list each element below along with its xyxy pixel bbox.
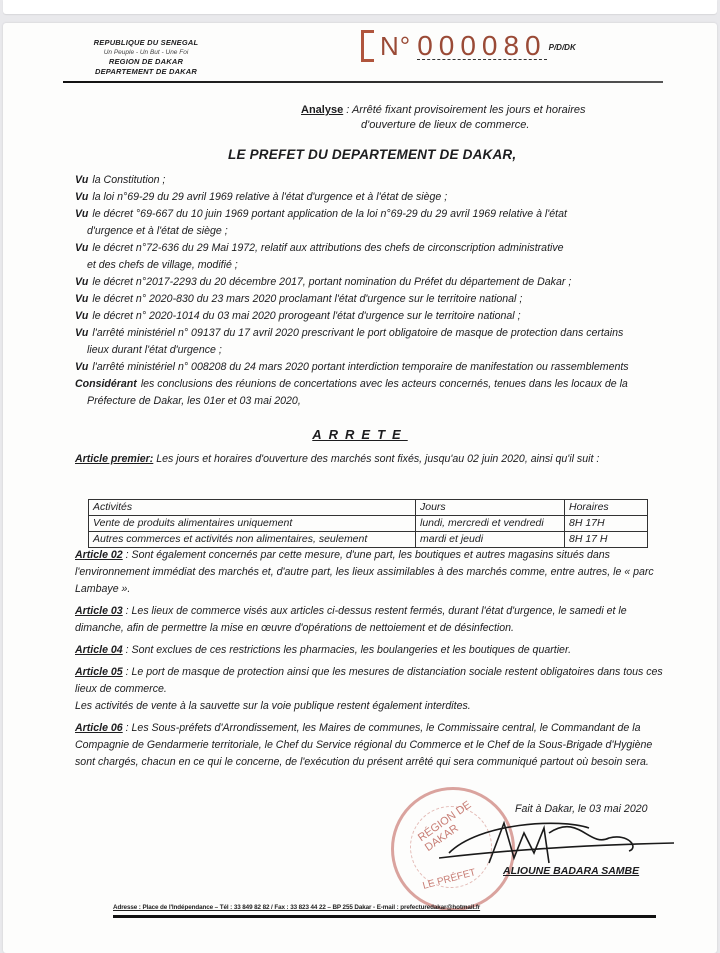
visa-key: Vu xyxy=(75,174,88,186)
table-row: Autres commerces et activités non alimen… xyxy=(89,532,648,548)
visa-item: Vule décret n° 2020-1014 du 03 mai 2020 … xyxy=(75,308,665,325)
article-text: : Sont exclues de ces restrictions les p… xyxy=(123,644,571,656)
visa-item: Vule décret n°2017-2293 du 20 décembre 2… xyxy=(75,274,665,291)
table-header-row: ActivitésJoursHoraires xyxy=(89,500,648,516)
article-05: Article 05 : Le port de masque de protec… xyxy=(75,664,665,715)
table-cell: Horaires xyxy=(565,500,648,516)
visa-key: Vu xyxy=(75,293,88,305)
article-label: Article 02 xyxy=(75,549,123,561)
article-premier-label: Article premier: xyxy=(75,453,153,465)
article-02: Article 02 : Sont également concernés pa… xyxy=(75,547,665,598)
visa-text: le décret n°2017-2293 du 20 décembre 201… xyxy=(92,276,571,288)
visa-text: l'arrêté ministériel n° 008208 du 24 mar… xyxy=(92,361,628,373)
table-cell: Jours xyxy=(416,500,565,516)
visa-item: Vul'arrêté ministériel n° 008208 du 24 m… xyxy=(75,359,665,376)
article-label: Article 04 xyxy=(75,644,123,656)
document-title: LE PREFET DU DEPARTEMENT DE DAKAR, xyxy=(228,147,516,162)
articles-list: Article 02 : Sont également concernés pa… xyxy=(75,547,665,776)
visa-text: la Constitution ; xyxy=(92,174,165,186)
number-suffix: P/D/DK xyxy=(549,43,576,52)
visa-key: Considérant xyxy=(75,378,137,390)
letterhead: REPUBLIQUE DU SENEGAL Un Peuple - Un But… xyxy=(61,38,231,76)
footer-address: Adresse : Place de l'Indépendance – Tél … xyxy=(113,904,480,911)
article-label: Article 06 xyxy=(75,722,123,734)
article-extra: Les activités de vente à la sauvette sur… xyxy=(75,698,665,715)
article-03: Article 03 : Les lieux de commerce visés… xyxy=(75,603,665,637)
visa-item: Vule décret n° 2020-830 du 23 mars 2020 … xyxy=(75,291,665,308)
visa-key: Vu xyxy=(75,276,88,288)
country-name: REPUBLIQUE DU SENEGAL xyxy=(61,38,231,48)
table-row: Vente de produits alimentaires uniquemen… xyxy=(89,516,648,532)
article-label: Article 03 xyxy=(75,605,123,617)
previous-page-edge xyxy=(3,0,717,14)
visa-text: le décret n°72-636 du 29 Mai 1972, relat… xyxy=(92,242,563,254)
table-cell: 8H 17H xyxy=(565,516,648,532)
signature-icon xyxy=(439,813,679,873)
visa-item: Vule décret n°72-636 du 29 Mai 1972, rel… xyxy=(75,240,665,274)
visa-item: Vula Constitution ; xyxy=(75,172,665,189)
header-rule xyxy=(63,81,663,83)
analyse-line-1: : Arrêté fixant provisoirement les jours… xyxy=(346,104,585,116)
article-text: : Le port de masque de protection ainsi … xyxy=(75,666,663,695)
department-name: DEPARTEMENT DE DAKAR xyxy=(61,67,231,77)
visa-text: les conclusions des réunions de concerta… xyxy=(141,378,628,390)
visa-key: Vu xyxy=(75,242,88,254)
document-page: REPUBLIQUE DU SENEGAL Un Peuple - Un But… xyxy=(3,23,717,953)
visa-item: Vula loi n°69-29 du 29 avril 1969 relati… xyxy=(75,189,665,206)
visa-item: Vul'arrêté ministériel n° 09137 du 17 av… xyxy=(75,325,665,359)
article-text: : Sont également concernés par cette mes… xyxy=(75,549,654,595)
visa-text: le décret °69-667 du 10 juin 1969 portan… xyxy=(92,208,567,220)
document-number: N° 000080 P/D/DK xyxy=(361,28,576,64)
article-premier-text: Les jours et horaires d'ouverture des ma… xyxy=(156,453,599,465)
visa-continuation: et des chefs de village, modifié ; xyxy=(75,257,665,274)
visa-text: le décret n° 2020-1014 du 03 mai 2020 pr… xyxy=(92,310,520,322)
number-prefix: N° xyxy=(380,31,411,62)
visa-key: Vu xyxy=(75,310,88,322)
stamp-bracket-icon xyxy=(361,30,374,62)
article-label: Article 05 xyxy=(75,666,123,678)
national-motto: Un Peuple - Un But - Une Foi xyxy=(61,48,231,58)
footer-rule xyxy=(113,915,656,918)
visa-continuation: lieux durant l'état d'urgence ; xyxy=(75,342,665,359)
visa-text: la loi n°69-29 du 29 avril 1969 relative… xyxy=(92,191,447,203)
visa-key: Vu xyxy=(75,327,88,339)
article-premier: Article premier: Les jours et horaires d… xyxy=(75,451,675,468)
visa-item: Vule décret °69-667 du 10 juin 1969 port… xyxy=(75,206,665,240)
table-cell: mardi et jeudi xyxy=(416,532,565,548)
visa-key: Vu xyxy=(75,191,88,203)
visas-list: Vula Constitution ;Vula loi n°69-29 du 2… xyxy=(75,172,665,410)
arrete-heading: ARRETE xyxy=(3,427,717,442)
table-cell: Activités xyxy=(89,500,416,516)
article-text: : Les Sous-préfets d'Arrondissement, les… xyxy=(75,722,652,768)
visa-key: Vu xyxy=(75,361,88,373)
article-04: Article 04 : Sont exclues de ces restric… xyxy=(75,642,665,659)
signatory-name: ALIOUNE BADARA SAMBE xyxy=(503,865,639,877)
table-cell: Autres commerces et activités non alimen… xyxy=(89,532,416,548)
analyse-line-2: d'ouverture de lieux de commerce. xyxy=(301,118,586,133)
visa-item: Considérantles conclusions des réunions … xyxy=(75,376,665,410)
schedule-table: ActivitésJoursHorairesVente de produits … xyxy=(88,499,648,548)
number-value: 000080 xyxy=(417,33,546,60)
analyse-label: Analyse xyxy=(301,104,343,116)
visa-text: l'arrêté ministériel n° 09137 du 17 avri… xyxy=(92,327,623,339)
visa-continuation: Préfecture de Dakar, les 01er et 03 mai … xyxy=(75,393,665,410)
table-cell: Vente de produits alimentaires uniquemen… xyxy=(89,516,416,532)
analyse-summary: Analyse : Arrêté fixant provisoirement l… xyxy=(301,103,586,133)
table-cell: 8H 17 H xyxy=(565,532,648,548)
visa-key: Vu xyxy=(75,208,88,220)
visa-continuation: d'urgence et à l'état de siège ; xyxy=(75,223,665,240)
article-text: : Les lieux de commerce visés aux articl… xyxy=(75,605,627,634)
article-06: Article 06 : Les Sous-préfets d'Arrondis… xyxy=(75,720,665,771)
visa-text: le décret n° 2020-830 du 23 mars 2020 pr… xyxy=(92,293,522,305)
table-cell: lundi, mercredi et vendredi xyxy=(416,516,565,532)
region-name: REGION DE DAKAR xyxy=(61,57,231,67)
